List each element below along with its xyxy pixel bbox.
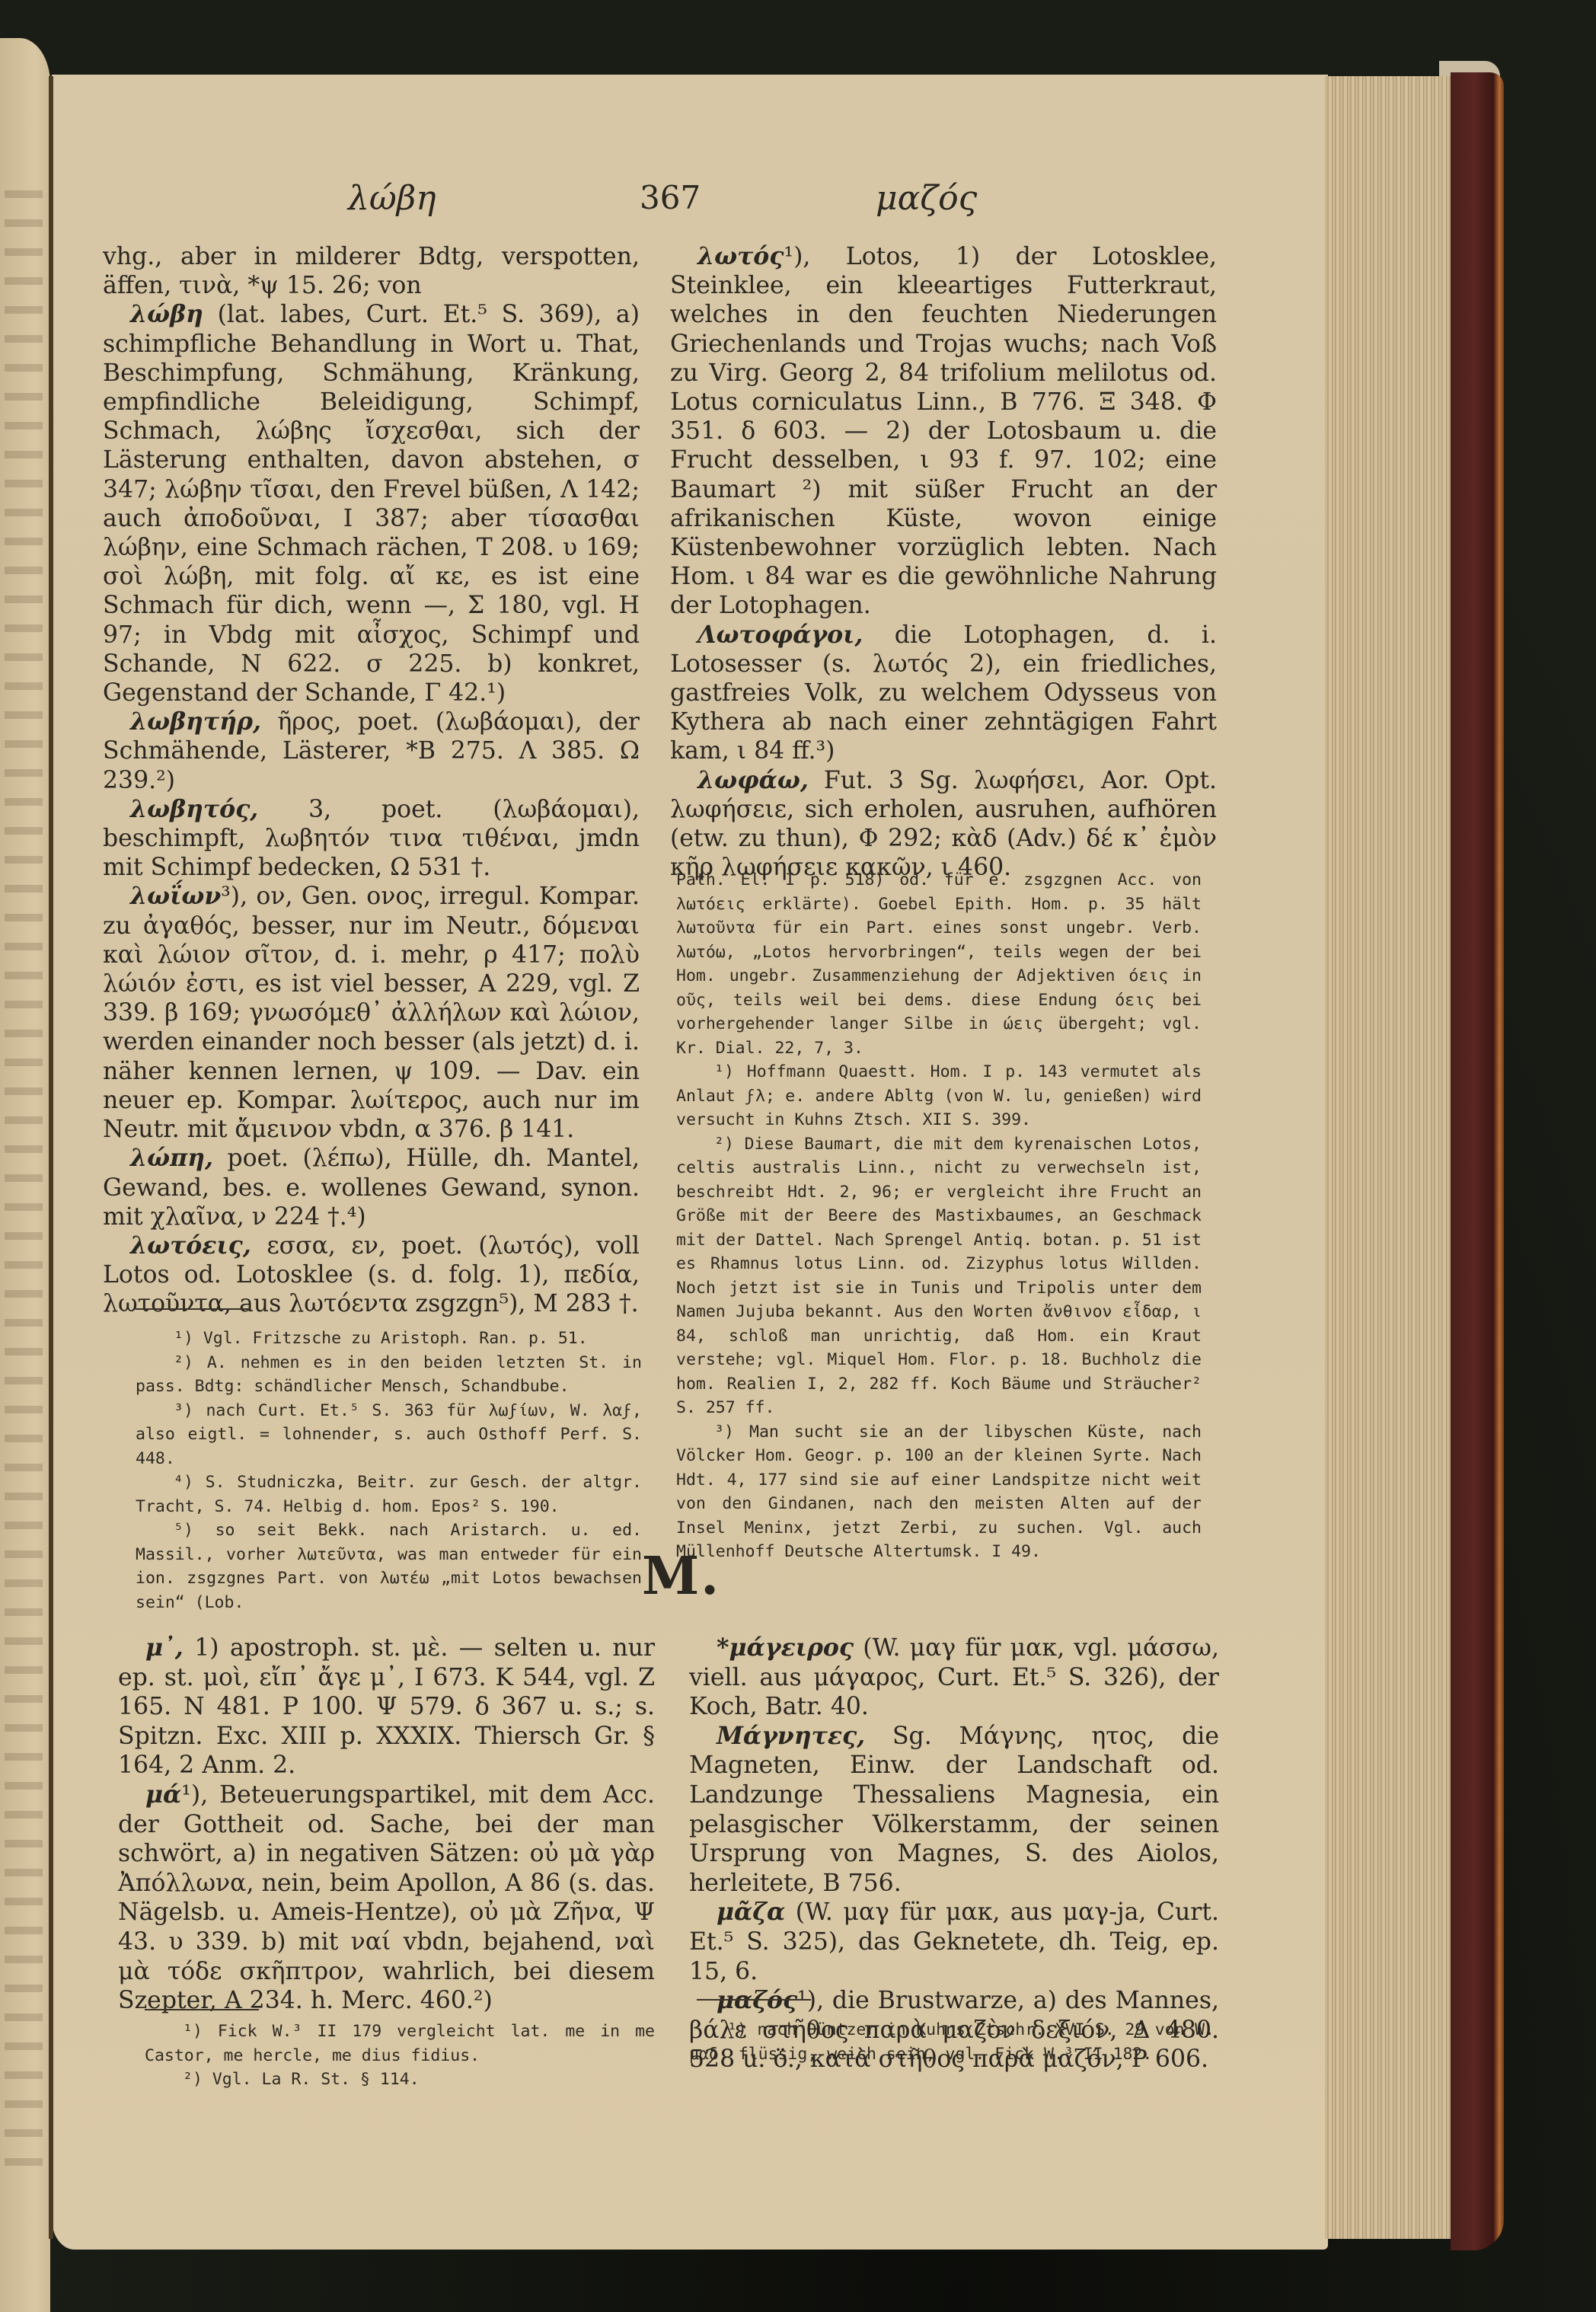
entry-maza: μᾶζα (W. μαγ für μακ, aus μαγ-ja, Curt. … (689, 1898, 1219, 1986)
entry-lobeter: λωβητήρ, ῆρος, poet. (λωβάομαι), der Sch… (103, 707, 640, 795)
footnote: ³) Man sucht sie an der libyschen Küste,… (676, 1420, 1202, 1564)
lemma: Μάγνητες, (717, 1722, 865, 1750)
entry-lobetos: λωβητός, 3, poet. (λωβάομαι), beschimpft… (103, 795, 640, 883)
lemma: λώβη (130, 300, 203, 328)
footnote: ³) nach Curt. Et.⁵ S. 363 für λωϝίων, W.… (136, 1399, 642, 1471)
lemma: λωβητήρ, (130, 707, 261, 736)
lemma: λωτός (697, 242, 784, 270)
book-fore-edge (1325, 76, 1454, 2239)
previous-page-edge (0, 38, 50, 2312)
m-left-column: μ᾽, 1) apostroph. st. μὲ. — selten u. nu… (118, 1633, 655, 2016)
footnote: ²) Vgl. La R. St. § 114. (145, 2068, 655, 2092)
footnote-continuation: Path. El. I p. 518) od. für e. zsgzgnen … (676, 868, 1202, 1060)
lemma: μά (145, 1780, 181, 1809)
footnote: ⁴) S. Studniczka, Beitr. zur Gesch. der … (136, 1471, 642, 1518)
previous-page-text-fragment (5, 190, 43, 2170)
left-guide-word: λώβη (348, 179, 436, 218)
footnote: ⁵) so seit Bekk. nach Aristarch. u. ed. … (136, 1518, 642, 1614)
lemma: λωβητός, (130, 795, 258, 823)
entry-ma: μά¹), Beteuerungspartikel, mit dem Acc. … (118, 1780, 655, 2016)
footnote: ²) A. nehmen es in den beiden letzten St… (136, 1351, 642, 1399)
book-cover (1451, 72, 1504, 2250)
entry-lotos: λωτός¹), Lotos, 1) der Lotosklee, Steink… (670, 242, 1217, 621)
entry-lophao: λωφάω, Fut. 3 Sg. λωφήσει, Aor. Opt. λωφ… (670, 766, 1217, 883)
footnote: ¹) Hoffmann Quaestt. Hom. I p. 143 vermu… (676, 1060, 1202, 1132)
page-gutter (49, 76, 53, 2239)
lemma: Λωτοφάγοι, (697, 621, 863, 649)
footnote-divider (145, 2009, 259, 2010)
right-footnotes: Path. El. I p. 518) od. für e. zsgzgnen … (676, 868, 1202, 1564)
left-column: vhg., aber in milderer Bdtg, verspotten,… (103, 242, 640, 1319)
left-footnotes: ¹) Vgl. Fritzsche zu Aristoph. Ran. p. 5… (136, 1327, 642, 1614)
lemma: λωΐων (130, 882, 221, 910)
entry-lotoeis: λωτόεις, εσσα, εν, poet. (λωτός), voll L… (103, 1231, 640, 1319)
page-header: λώβη 367 μαζός (103, 179, 1222, 225)
section-heading: M. (642, 1546, 720, 1607)
entry-lotophagoi: Λωτοφάγοι, die Lotophagen, d. i. Lotoses… (670, 621, 1217, 766)
m-right-footnotes: ¹) nach Düntzer in Kuhns Ztschr. XVI S. … (689, 2018, 1215, 2066)
footnote: ¹) nach Düntzer in Kuhns Ztschr. XVI S. … (689, 2018, 1215, 2066)
entry-lope: λώπη, poet. (λέπω), Hülle, dh. Mantel, G… (103, 1144, 640, 1231)
m-right-column: *μάγειρος (W. μαγ für μακ, vgl. μάσσω, v… (689, 1633, 1219, 2074)
right-column: λωτός¹), Lotos, 1) der Lotosklee, Steink… (670, 242, 1217, 882)
entry-continuation: vhg., aber in milderer Bdtg, verspotten,… (103, 242, 640, 300)
entry-mu-apostroph: μ᾽, 1) apostroph. st. μὲ. — selten u. nu… (118, 1633, 655, 1780)
page-number: 367 (640, 179, 701, 216)
right-guide-word: μαζός (876, 179, 977, 218)
footnote-divider (697, 1999, 811, 2001)
m-left-footnotes: ¹) Fick W.³ II 179 vergleicht lat. me in… (145, 2020, 655, 2092)
footnote: ¹) Vgl. Fritzsche zu Aristoph. Ran. p. 5… (136, 1327, 642, 1351)
entry-lobe: λώβη (lat. labes, Curt. Et.⁵ S. 369), a)… (103, 300, 640, 707)
footnote-divider (136, 1308, 250, 1310)
footnote: ¹) Fick W.³ II 179 vergleicht lat. me in… (145, 2020, 655, 2068)
lemma: λώπη, (130, 1144, 213, 1172)
lemma: μ᾽, (145, 1633, 184, 1662)
entry-mageiros: *μάγειρος (W. μαγ für μακ, vgl. μάσσω, v… (689, 1633, 1219, 1722)
entry-loion: λωΐων³), ον, Gen. ονος, irregul. Kompar.… (103, 882, 640, 1144)
entry-magnetes: Μάγνητες, Sg. Μάγνης, ητος, die Magneten… (689, 1722, 1219, 1898)
lemma: λωτόεις, (130, 1231, 251, 1260)
lemma: μᾶζα (717, 1898, 785, 1926)
lemma: λωφάω, (697, 766, 809, 794)
footnote: ²) Diese Baumart, die mit dem kyrenaisch… (676, 1132, 1202, 1420)
lemma: *μάγειρος (717, 1633, 854, 1662)
